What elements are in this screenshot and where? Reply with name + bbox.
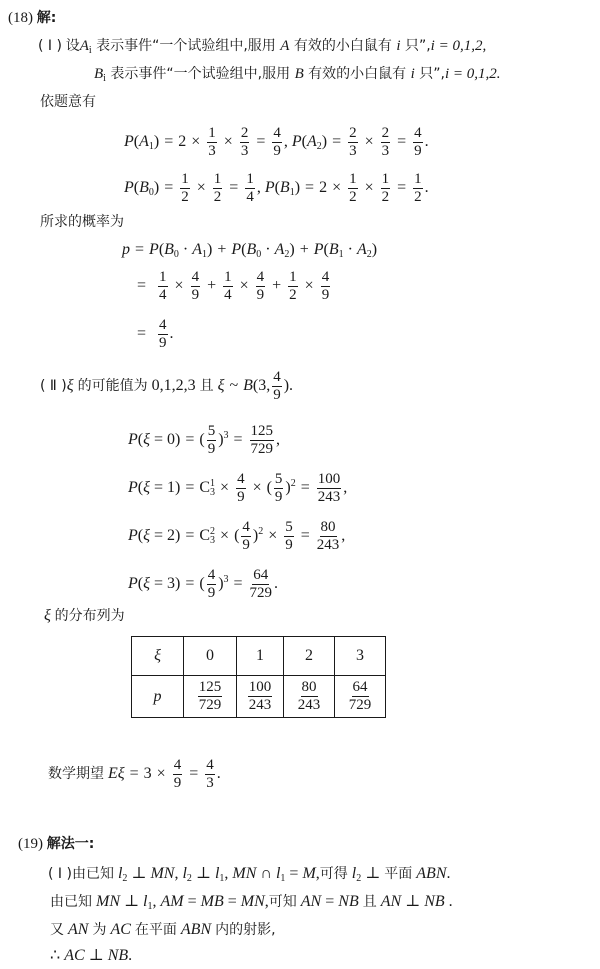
text: 有效的小白鼠有 — [304, 66, 411, 82]
problem-18-heading: (18) 解: — [8, 8, 56, 28]
cell-value: 2 — [284, 637, 335, 676]
equation-p-result: =49. — [137, 316, 174, 352]
part-marker: ( Ⅱ ) — [40, 378, 67, 394]
solution-label: 解法一: — [47, 836, 95, 852]
probability-intro: 所求的概率为 — [40, 212, 124, 232]
cell-prob: 125729 — [184, 676, 237, 718]
part-marker: ( Ⅰ ) — [48, 866, 72, 882]
range: i = 0,1,2. — [445, 66, 501, 82]
expectation: 数学期望 Eξ=3×49=43. — [48, 756, 221, 792]
equation-xi0: P(ξ = 0)=(59)3=125729, — [128, 418, 280, 458]
cell-prob: 64729 — [335, 676, 386, 718]
problem-19-heading: (19) 解法一: — [18, 834, 94, 854]
row-header-p: p — [132, 676, 184, 718]
cell-value: 1 — [237, 637, 284, 676]
equation-xi3: P(ξ = 3)=(49)3=64729. — [128, 562, 278, 602]
cell-prob: 80243 — [284, 676, 335, 718]
table-row-values: ξ 0 1 2 3 — [132, 637, 386, 676]
text: 且 — [200, 378, 214, 394]
p19-line1: ( Ⅰ )由已知 l2 ⊥ MN, l2 ⊥ l1, MN ∩ l1 = M,可… — [48, 864, 451, 889]
text: 数学期望 — [48, 766, 104, 782]
equation-p-expand: =14×49+14×49+12×49 — [137, 268, 332, 304]
row-header-xi: ξ — [132, 637, 184, 676]
text: 设 — [66, 38, 80, 54]
part1-definition-b: Bi 表示事件“一个试验组中,服用 B 有效的小白鼠有 i 只”,i = 0,1… — [94, 64, 501, 89]
cell-value: 0 — [184, 637, 237, 676]
values: 0,1,2,3 — [152, 377, 196, 394]
equation-p-sum: p=P(B0 · A1)+P(B0 · A2)+P(B1 · A2) — [122, 240, 377, 265]
text: 表示事件“一个试验组中,服用 — [92, 38, 281, 54]
var: B — [295, 66, 304, 82]
text: 的分布列为 — [55, 608, 125, 624]
text: 表示事件“一个试验组中,服用 — [106, 66, 295, 82]
text: 只”, — [415, 66, 445, 82]
distribution-table: ξ 0 1 2 3 p 125729 100243 80243 64729 — [131, 636, 386, 718]
intro-text: 依题意有 — [40, 92, 96, 112]
table-intro: ξ 的分布列为 — [44, 606, 125, 626]
cell-value: 3 — [335, 637, 386, 676]
text: 的可能值为 — [78, 378, 148, 394]
p19-line2: 由已知 MN ⊥ l1, AM = MB = MN,可知 AN = NB 且 A… — [50, 892, 453, 917]
p19-line3: 又 AN 为 AC 在平面 ABN 内的射影, — [50, 920, 276, 940]
part1-definition-a: ( Ⅰ ) 设Ai 表示事件“一个试验组中,服用 A 有效的小白鼠有 i 只”,… — [38, 36, 486, 61]
text: 只”, — [401, 38, 431, 54]
range: i = 0,1,2, — [431, 38, 487, 54]
p19-line4: ∴ AC ⊥ NB. — [50, 946, 132, 966]
problem-number: (19) — [18, 836, 43, 852]
cell-prob: 100243 — [237, 676, 284, 718]
equation-pb: P(B0)=12×12=14, P(B1)=2×12×12=12. — [124, 170, 429, 211]
equation-xi1: P(ξ = 1)=C31×49×(59)2=100243, — [128, 466, 347, 511]
var: A — [80, 38, 89, 54]
text: 有效的小白鼠有 — [289, 38, 396, 54]
var: B — [94, 66, 103, 82]
equation-pa: P(A1)=2×13×23=49, P(A2)=23×23=49. — [124, 124, 429, 165]
part2-intro: ( Ⅱ )ξ 的可能值为 0,1,2,3 且 ξ~B(3,49). — [40, 368, 293, 404]
solution-label: 解: — [37, 10, 57, 26]
problem-number: (18) — [8, 10, 33, 26]
part-marker: ( Ⅰ ) — [38, 38, 62, 54]
table-row-probs: p 125729 100243 80243 64729 — [132, 676, 386, 718]
equation-xi2: P(ξ = 2)=C32×(49)2×59=80243, — [128, 514, 345, 559]
